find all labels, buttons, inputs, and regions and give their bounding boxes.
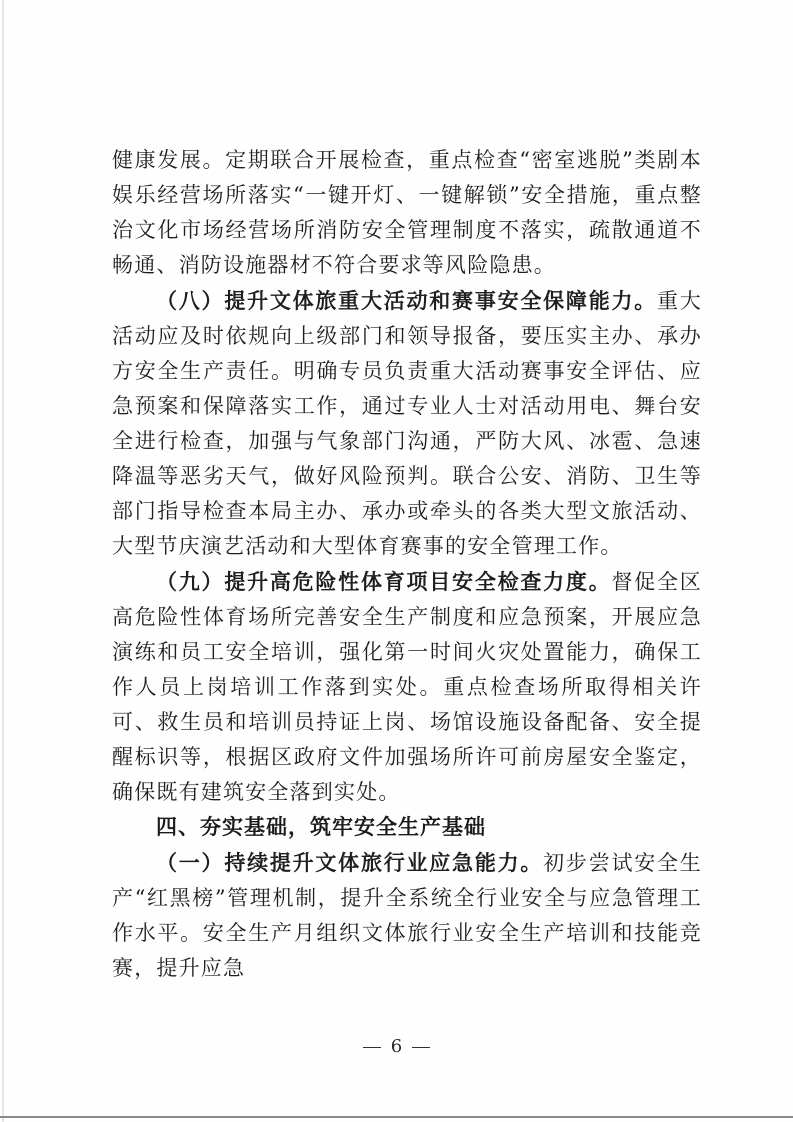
paragraph-text: 重大活动应及时依规向上级部门和领导报备，要压实主办、承办方安全生产责任。明确专员…	[112, 289, 702, 558]
paragraph-item-8: （八）提升文体旅重大活动和赛事安全保障能力。重大活动应及时依规向上级部门和领导报…	[112, 283, 702, 564]
dash-right	[412, 1047, 430, 1048]
paragraph-item-1: （一）持续提升文体旅行业应急能力。初步尝试安全生产“红黑榜”管理机制，提升全系统…	[112, 845, 702, 986]
paragraph-text: 督促全区高危险性体育场所完善安全生产制度和应急预案，开展应急演练和员工安全培训，…	[112, 570, 702, 804]
scan-bottom-edge	[0, 1116, 793, 1118]
paragraph-item-9: （九）提升高危险性体育项目安全检查力度。督促全区高危险性体育场所完善安全生产制度…	[112, 564, 702, 810]
section-heading: 四、夯实基础，筑牢安全生产基础	[112, 810, 702, 845]
paragraph-continuation: 健康发展。定期联合开展检查，重点检查“密室逃脱”类剧本娱乐经营场所落实“一键开灯…	[112, 143, 702, 283]
paragraph-text: 健康发展。定期联合开展检查，重点检查“密室逃脱”类剧本娱乐经营场所落实“一键开灯…	[112, 148, 702, 277]
scan-left-edge	[2, 0, 4, 1122]
paragraph-lead: （八）提升文体旅重大活动和赛事安全保障能力。	[156, 288, 657, 313]
page-number-value: 6	[391, 1036, 402, 1057]
paragraph-lead: （九）提升高危险性体育项目安全检查力度。	[156, 569, 611, 594]
document-body: 健康发展。定期联合开展检查，重点检查“密室逃脱”类剧本娱乐经营场所落实“一键开灯…	[112, 143, 702, 986]
paragraph-lead: （一）持续提升文体旅行业应急能力。	[156, 850, 543, 875]
dash-left	[363, 1047, 381, 1048]
page-number: 6	[0, 1036, 793, 1057]
